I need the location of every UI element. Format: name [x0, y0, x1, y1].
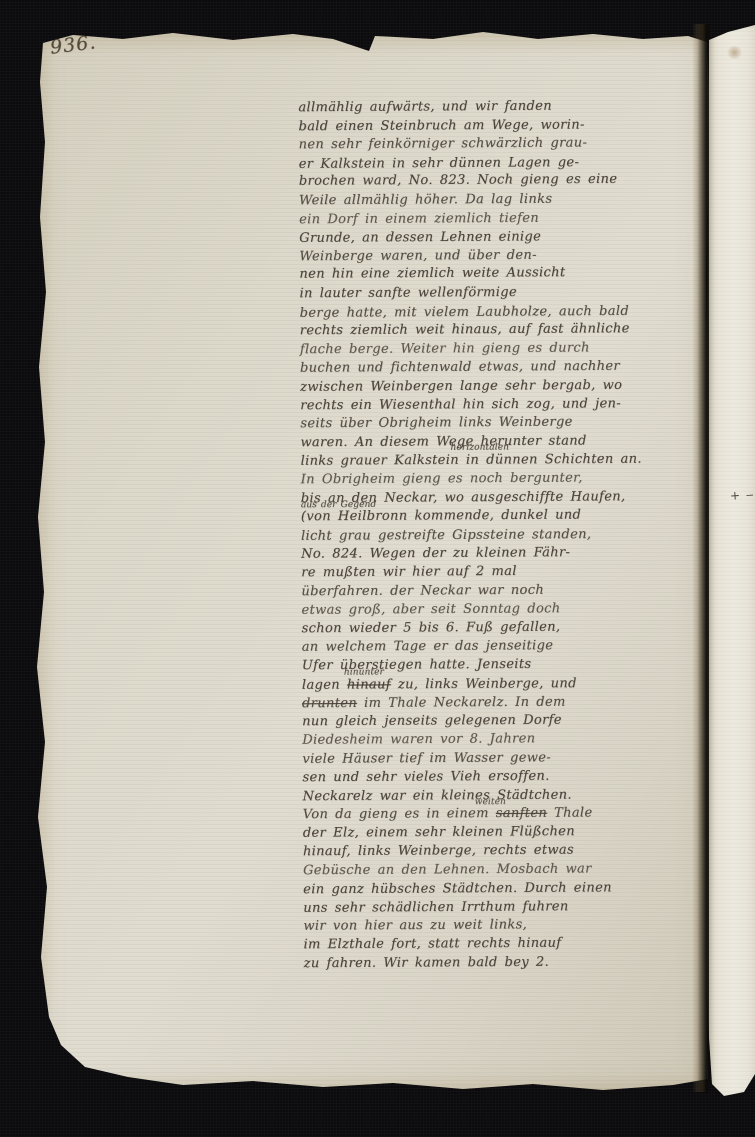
manuscript-line: überfahren. der Neckar war noch [301, 581, 705, 602]
manuscript-line: seits über Obrigheim links Weinberge [300, 413, 704, 434]
interlinear-insertion: weiten [475, 798, 506, 807]
manuscript-line: nen hin eine ziemlich weite Aussicht [299, 264, 703, 285]
manuscript-line: allmählig aufwärts, und wir fanden [298, 97, 702, 118]
manuscript-line: rechts ziemlich weit hinaus, auf fast äh… [300, 320, 704, 341]
next-page-edge: + ‒ [706, 22, 755, 1100]
manuscript-page: 936. allmählig aufwärts, und wir fandenb… [33, 27, 709, 1093]
manuscript-line: im Elzthale fort, statt rechts hinauf [303, 934, 707, 955]
manuscript-line: bald einen Steinbruch am Wege, worin- [298, 115, 702, 136]
manuscript-line: buchen und fichtenwald etwas, und nachhe… [300, 357, 704, 378]
manuscript-line: hinauf, links Weinberge, rechts etwas [303, 841, 707, 862]
manuscript-line: nen sehr feinkörniger schwärzlich grau- [299, 134, 703, 155]
manuscript-line: horizontalenlinks grauer Kalkstein in dü… [300, 450, 704, 471]
manuscript-line: Weile allmählig höher. Da lag links [299, 190, 703, 211]
manuscript-line: re mußten wir hier auf 2 mal [301, 562, 705, 583]
page-number: 936. [49, 31, 98, 58]
manuscript-line: ein Dorf in einem ziemlich tiefen [299, 208, 703, 229]
manuscript-line: In Obrigheim gieng es noch bergunter, [301, 469, 705, 490]
manuscript-line: an welchem Tage er das jenseitige [302, 636, 706, 657]
manuscript-line: Diedesheim waren vor 8. Jahren [302, 729, 706, 750]
photo-background: 936. allmählig aufwärts, und wir fandenb… [0, 0, 755, 1137]
interlinear-insertion: horizontalen [450, 444, 509, 453]
manuscript-line: wir von hier aus zu weit links, [303, 915, 707, 936]
manuscript-line: brochen ward, No. 823. Noch gieng es ein… [299, 171, 703, 192]
struck-text: drunten [302, 695, 357, 710]
interlinear-insertion: aus der Gegend [301, 501, 377, 510]
margin-cross-mark: + ‒ [730, 487, 755, 503]
manuscript-line: zu fahren. Wir kamen bald bey 2. [304, 953, 708, 974]
manuscript-line: rechts ein Wiesenthal hin sich zog, und … [300, 395, 704, 416]
gutter-shadow [692, 24, 709, 1092]
interlinear-insertion: hinunter [344, 669, 384, 678]
manuscript-line: ein ganz hübsches Städtchen. Durch einen [303, 878, 707, 899]
manuscript-line: in lauter sanfte wellenförmige [299, 283, 703, 304]
manuscript-line: der Elz, einem sehr kleinen Flüßchen [303, 822, 707, 843]
paper-stain [726, 46, 743, 59]
manuscript-line: No. 824. Wegen der zu kleinen Fähr- [301, 543, 705, 564]
manuscript-line: sen und sehr vieles Vieh ersoffen. [302, 767, 706, 788]
manuscript-line: drunten im Thale Neckarelz. In dem [302, 692, 706, 713]
struck-text: hinauf [347, 677, 391, 692]
manuscript-line: aus der Gegend(von Heilbronn kommende, d… [301, 506, 705, 527]
struck-text: sanften [496, 806, 547, 821]
manuscript-line: Gebüsche an den Lehnen. Mosbach war [303, 860, 707, 881]
manuscript-text: allmählig aufwärts, und wir fandenbald e… [298, 97, 707, 974]
